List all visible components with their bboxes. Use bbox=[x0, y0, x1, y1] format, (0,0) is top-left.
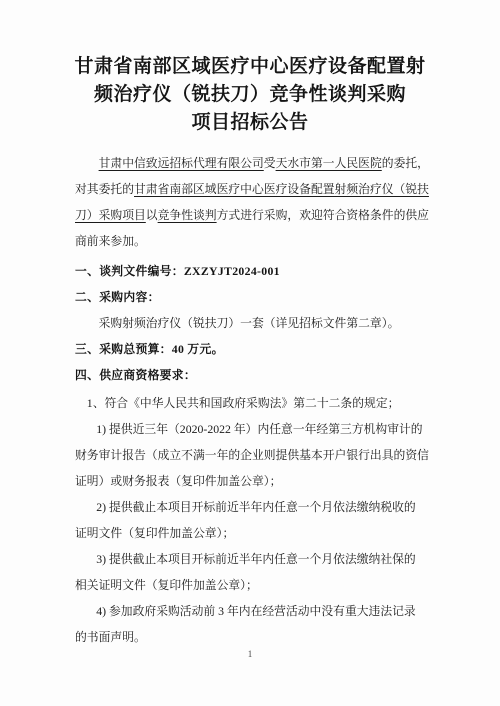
qualification-item-3-line: 2) 提供截止本项目开标前近半年内任意一个月依法缴纳税收的 bbox=[75, 494, 455, 520]
section-4-label: 四、供应商资格要求： bbox=[75, 368, 196, 382]
text-run: 的委托， bbox=[382, 156, 429, 170]
section-1-heading: 一、谈判文件编号：ZXZYJT2024-001 bbox=[75, 258, 455, 284]
document-number: ZXZYJT2024-001 bbox=[184, 264, 280, 278]
qualification-item-5-line: 4) 参加政府采购活动前 3 年内在经营活动中没有重大违法记录 bbox=[75, 598, 455, 624]
intro-paragraph: 甘肃中信致远招标代理有限公司受天水市第一人民医院的委托， 对其委托的甘肃省南部区… bbox=[75, 150, 455, 254]
intro-line: 商前来参加。 bbox=[75, 228, 455, 254]
qualification-item-5-line: 的书面声明。 bbox=[75, 624, 455, 650]
underlined-text-run: 天水市第一人民医院 bbox=[276, 156, 382, 170]
section-2-label: 二、采购内容： bbox=[75, 290, 160, 304]
underlined-text-run: 竞争性谈判 bbox=[158, 208, 217, 222]
text-run: 对其委托的 bbox=[75, 182, 134, 196]
qualification-item-3-line: 证明文件（复印件加盖公章）； bbox=[75, 520, 455, 546]
section-2-body-line: 采购射频治疗仪（锐扶刀）一套（详见招标文件第二章）。 bbox=[75, 310, 455, 336]
title-line-1: 甘肃省南部区域医疗中心医疗设备配置射 bbox=[0, 53, 500, 81]
section-4-heading: 四、供应商资格要求： bbox=[75, 362, 455, 388]
qualification-item-2-line: 证明）或财务报表（复印件加盖公章）； bbox=[75, 468, 455, 494]
text-run: 以 bbox=[146, 208, 158, 222]
text-run: 方式进行采购，欢迎符合资格条件的供应 bbox=[217, 208, 429, 222]
document-title: 甘肃省南部区域医疗中心医疗设备配置射 频治疗仪（锐扶刀）竞争性谈判采购 项目招标… bbox=[0, 0, 500, 137]
qualification-item-2-line: 财务审计报告（成立不满一年的企业则提供基本开户银行出具的资信 bbox=[75, 442, 455, 468]
intro-line: 甘肃中信致远招标代理有限公司受天水市第一人民医院的委托， bbox=[75, 150, 455, 176]
qualification-item-4-line: 相关证明文件（复印件加盖公章）； bbox=[75, 572, 455, 598]
sections: 一、谈判文件编号：ZXZYJT2024-001 二、采购内容： 采购射频治疗仪（… bbox=[75, 258, 455, 650]
title-line-3: 项目招标公告 bbox=[0, 109, 500, 137]
qualification-item-1-line: 1、符合《中华人民共和国政府采购法》第二十二条的规定； bbox=[75, 390, 455, 416]
qualification-item-2-line: 1) 提供近三年（2020-2022 年）内任意一年经第三方机构审计的 bbox=[75, 416, 455, 442]
title-line-2: 频治疗仪（锐扶刀）竞争性谈判采购 bbox=[0, 81, 500, 109]
section-3-heading: 三、采购总预算：40 万元。 bbox=[75, 336, 455, 362]
underlined-text-run: 刀）采购项目 bbox=[75, 208, 146, 222]
section-2-heading: 二、采购内容： bbox=[75, 284, 455, 310]
qualification-item-4-line: 3) 提供截止本项目开标前近半年内任意一个月依法缴纳社保的 bbox=[75, 546, 455, 572]
text-run: 商前来参加。 bbox=[75, 234, 146, 248]
document-body: 甘肃中信致远招标代理有限公司受天水市第一人民医院的委托， 对其委托的甘肃省南部区… bbox=[75, 150, 455, 650]
qualification-items: 1、符合《中华人民共和国政府采购法》第二十二条的规定； 1) 提供近三年（202… bbox=[75, 390, 455, 650]
underlined-text-run: 甘肃省南部区域医疗中心医疗设备配置射频治疗仪（锐扶 bbox=[134, 182, 429, 196]
underlined-text-run: 甘肃中信致远招标代理有限公司 bbox=[99, 156, 264, 170]
section-1-label: 一、谈判文件编号： bbox=[75, 264, 184, 278]
intro-line: 对其委托的甘肃省南部区域医疗中心医疗设备配置射频治疗仪（锐扶 bbox=[75, 176, 455, 202]
intro-line: 刀）采购项目以竞争性谈判方式进行采购，欢迎符合资格条件的供应 bbox=[75, 202, 455, 228]
section-3-label: 三、采购总预算： bbox=[75, 342, 172, 356]
page-number: 1 bbox=[0, 649, 500, 659]
budget-value: 40 万元。 bbox=[172, 342, 224, 356]
document-page: 甘肃省南部区域医疗中心医疗设备配置射 频治疗仪（锐扶刀）竞争性谈判采购 项目招标… bbox=[0, 0, 500, 706]
text-run: 受 bbox=[264, 156, 276, 170]
